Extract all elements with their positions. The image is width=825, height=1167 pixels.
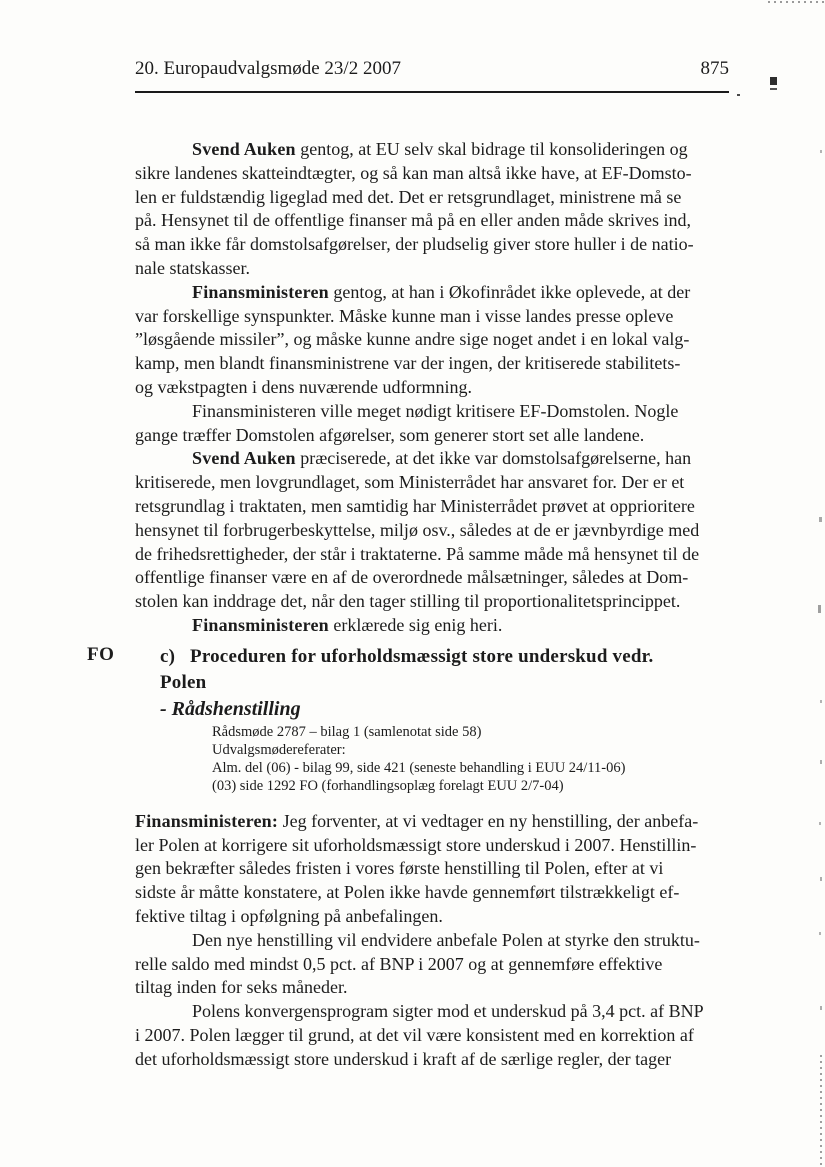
scan-artifact: [820, 1006, 822, 1010]
reference-line: Udvalgsmødereferater:: [212, 741, 795, 759]
section-title: c) Proceduren for uforholdsmæssigt store…: [160, 644, 795, 696]
header-title: 20. Europaudvalgsmøde 23/2 2007: [135, 57, 401, 80]
paragraph: Svend Auken præciserede, at det ikke var…: [135, 447, 795, 614]
page-number: 875: [701, 57, 730, 80]
document-body: Svend Auken gentog, at EU selv skal bidr…: [135, 138, 795, 1072]
scan-artifact: [770, 88, 777, 90]
paragraph-text: Den nye henstilling vil endvidere anbefa…: [135, 930, 700, 998]
scan-artifact: [768, 1, 824, 3]
paragraph: Polens konvergensprogram sigter mod et u…: [135, 1000, 795, 1071]
speaker-name: Finansministeren: [192, 282, 329, 302]
scan-artifact: [819, 517, 822, 522]
speaker-name: Finansministeren:: [135, 811, 278, 831]
speaker-name: Svend Auken: [192, 139, 296, 159]
scan-artifact: [819, 932, 821, 935]
header-rule: [135, 91, 729, 93]
speaker-name: Svend Auken: [192, 448, 296, 468]
paragraph-text: gentog, at EU selv skal bidrage til kons…: [135, 139, 694, 278]
paragraph: Finansministeren ville meget nødigt krit…: [135, 400, 795, 448]
paragraph-text: Finansministeren ville meget nødigt krit…: [135, 401, 678, 445]
paragraph: Finansministeren erklærede sig enig heri…: [135, 614, 795, 638]
reference-line: Rådsmøde 2787 – bilag 1 (samlenotat side…: [212, 723, 795, 741]
section-subtitle: - Rådshenstilling: [160, 696, 795, 723]
reference-line: (03) side 1292 FO (forhandlingsoplæg for…: [212, 777, 795, 795]
margin-note-fo: FO: [87, 644, 114, 666]
document-page: 20. Europaudvalgsmøde 23/2 2007 875 FO S…: [0, 0, 825, 1167]
speaker-name: Finansministeren: [192, 615, 329, 635]
page-header: 20. Europaudvalgsmøde 23/2 2007 875: [135, 0, 729, 80]
scan-artifact: [820, 877, 822, 881]
scan-artifact: [820, 150, 822, 153]
scan-artifact: [820, 1055, 822, 1165]
scan-artifact: [820, 760, 822, 764]
reference-line: Alm. del (06) - bilag 99, side 421 (sene…: [212, 759, 795, 777]
paragraph: Finansministeren: Jeg forventer, at vi v…: [135, 810, 795, 929]
scan-artifact: [820, 700, 822, 703]
scan-artifact: [770, 77, 777, 85]
paragraph-text: præciserede, at det ikke var domstolsafg…: [135, 448, 699, 611]
scan-artifact: [818, 605, 821, 613]
paragraph-text: Polens konvergensprogram sigter mod et u…: [135, 1001, 704, 1069]
paragraph: Finansministeren gentog, at han i Økofin…: [135, 281, 795, 400]
paragraph-text: erklærede sig enig heri.: [329, 615, 502, 635]
paragraph: Svend Auken gentog, at EU selv skal bidr…: [135, 138, 795, 281]
scan-artifact: [819, 822, 821, 825]
reference-block: Rådsmøde 2787 – bilag 1 (samlenotat side…: [212, 723, 795, 795]
paragraph: Den nye henstilling vil endvidere anbefa…: [135, 929, 795, 1000]
scan-artifact: [737, 94, 740, 96]
